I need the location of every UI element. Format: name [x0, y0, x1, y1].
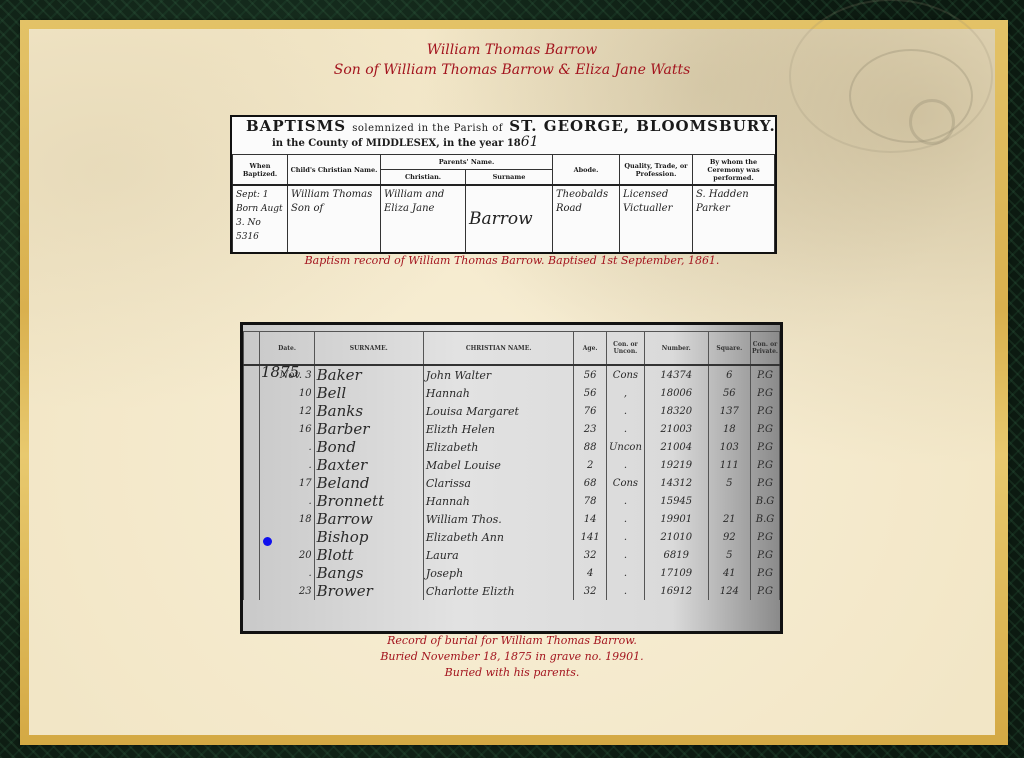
page-title: William Thomas Barrow: [0, 40, 1024, 60]
cell-christian: Charlotte Elizth: [423, 582, 574, 600]
cell-square: 92: [708, 528, 750, 546]
row-margin: [244, 384, 260, 402]
col-child-name: Child's Christian Name.: [288, 155, 381, 186]
burial-table-row: 12BanksLouisa Margaret76.18320137P.G: [244, 402, 780, 420]
burial-table-row: Nov. 3BakerJohn Walter56Cons143746P.G: [244, 365, 780, 384]
cell-con: Uncon: [606, 438, 644, 456]
entry-parents-christian: William and Eliza Jane: [381, 185, 466, 252]
burial-table-row: 23BrowerCharlotte Elizth32.16912124P.G: [244, 582, 780, 600]
cell-square: 21: [708, 510, 750, 528]
cell-number: 21010: [644, 528, 708, 546]
burial-caption-line2: Buried November 18, 1875 in grave no. 19…: [0, 649, 1024, 665]
cell-con: .: [606, 564, 644, 582]
burial-caption-line1: Record of burial for William Thomas Barr…: [0, 633, 1024, 649]
col-age: Age.: [574, 332, 607, 366]
cell-age: 56: [574, 384, 607, 402]
cell-con: .: [606, 456, 644, 474]
cell-christian: Mabel Louise: [423, 456, 574, 474]
cell-date: .: [260, 492, 314, 510]
burial-table-row: .BronnettHannah78.15945B.G: [244, 492, 780, 510]
cell-christian: Louisa Margaret: [423, 402, 574, 420]
cell-private: P.G: [751, 402, 780, 420]
cell-con: .: [606, 546, 644, 564]
cell-number: 19901: [644, 510, 708, 528]
cell-surname: Brower: [314, 582, 423, 600]
cell-private: P.G: [751, 528, 780, 546]
cell-christian: Hannah: [423, 384, 574, 402]
row-margin: [244, 402, 260, 420]
cell-christian: John Walter: [423, 365, 574, 384]
cell-square: 5: [708, 546, 750, 564]
row-margin: [244, 564, 260, 582]
cell-date: .: [260, 564, 314, 582]
row-margin: [244, 438, 260, 456]
cell-age: 4: [574, 564, 607, 582]
year-note: 1875: [261, 363, 299, 381]
cell-number: 19219: [644, 456, 708, 474]
cell-surname: Blott: [314, 546, 423, 564]
col-when-baptized: When Baptized.: [233, 155, 288, 186]
col-date: Date.: [260, 332, 314, 366]
cell-christian: William Thos.: [423, 510, 574, 528]
cell-christian: Elizth Helen: [423, 420, 574, 438]
baptism-record-image: BAPTISMS solemnized in the Parish of ST.…: [230, 115, 777, 254]
cell-surname: Bangs: [314, 564, 423, 582]
burial-table-row: 18BarrowWilliam Thos.14.1990121B.G: [244, 510, 780, 528]
cell-square: 56: [708, 384, 750, 402]
burial-table-row: 16BarberElizth Helen23.2100318P.G: [244, 420, 780, 438]
cell-number: 18006: [644, 384, 708, 402]
cell-age: 32: [574, 582, 607, 600]
col-christian-name: CHRISTIAN NAME.: [423, 332, 574, 366]
cell-number: 21004: [644, 438, 708, 456]
cell-surname: Bishop: [314, 528, 423, 546]
entry-by-whom: S. Hadden Parker: [693, 185, 775, 252]
cell-private: P.G: [751, 456, 780, 474]
cell-date: 17: [260, 474, 314, 492]
burial-caption-line3: Buried with his parents.: [0, 665, 1024, 681]
burial-table-row: 17BelandClarissa68Cons143125P.G: [244, 474, 780, 492]
entry-child: William Thomas Son of: [288, 185, 381, 252]
cell-square: 124: [708, 582, 750, 600]
heading-parish: ST. GEORGE, BLOOMSBURY.: [509, 117, 776, 135]
cell-age: 23: [574, 420, 607, 438]
entry-surname: Barrow: [466, 185, 553, 252]
cell-square: 103: [708, 438, 750, 456]
cell-christian: Clarissa: [423, 474, 574, 492]
cell-date: 18: [260, 510, 314, 528]
cell-surname: Barrow: [314, 510, 423, 528]
burial-table-row: .BangsJoseph4.1710941P.G: [244, 564, 780, 582]
cell-square: [708, 492, 750, 510]
cell-number: 21003: [644, 420, 708, 438]
col-parents-name: Parents' Name.: [381, 155, 553, 170]
baptism-heading-line2: in the County of MIDDLESEX, in the year …: [272, 134, 539, 150]
cell-date: 12: [260, 402, 314, 420]
cell-christian: Elizabeth Ann: [423, 528, 574, 546]
cell-age: 78: [574, 492, 607, 510]
cell-date: 23: [260, 582, 314, 600]
heading-baptisms: BAPTISMS: [246, 117, 346, 135]
heading-solemnized: solemnized in the Parish of: [352, 123, 503, 134]
col-margin: [244, 332, 260, 366]
col-parents-christian: Christian.: [381, 170, 466, 186]
cell-surname: Bell: [314, 384, 423, 402]
cell-christian: Hannah: [423, 492, 574, 510]
col-quality: Quality, Trade, or Profession.: [620, 155, 693, 186]
cell-square: 5: [708, 474, 750, 492]
cell-private: B.G: [751, 492, 780, 510]
cell-age: 56: [574, 365, 607, 384]
cell-con: .: [606, 420, 644, 438]
cell-con: .: [606, 510, 644, 528]
row-margin: [244, 546, 260, 564]
heading-county-label: in the County of: [272, 138, 362, 149]
cell-date: 20: [260, 546, 314, 564]
col-square: Square.: [708, 332, 750, 366]
cell-age: 88: [574, 438, 607, 456]
cell-age: 2: [574, 456, 607, 474]
cell-con: .: [606, 582, 644, 600]
entry-when: Sept: 1 Born Augt 3. No 5316: [233, 185, 288, 252]
cell-number: 17109: [644, 564, 708, 582]
cell-private: P.G: [751, 582, 780, 600]
row-margin: [244, 528, 260, 546]
cell-number: 14312: [644, 474, 708, 492]
row-margin: [244, 510, 260, 528]
burial-record-image: Date. SURNAME. CHRISTIAN NAME. Age. Con.…: [240, 322, 783, 634]
col-parents-surname: Surname: [466, 170, 553, 186]
baptism-table: When Baptized. Child's Christian Name. P…: [232, 154, 775, 252]
cell-age: 68: [574, 474, 607, 492]
highlight-marker-dot: [263, 537, 272, 546]
cell-con: ,: [606, 384, 644, 402]
burial-table: Date. SURNAME. CHRISTIAN NAME. Age. Con.…: [243, 331, 780, 600]
cell-square: 6: [708, 365, 750, 384]
entry-quality: Licensed Victualler: [620, 185, 693, 252]
row-margin: [244, 456, 260, 474]
cell-date: .: [260, 456, 314, 474]
cell-number: 18320: [644, 402, 708, 420]
cell-square: 111: [708, 456, 750, 474]
cell-christian: Elizabeth: [423, 438, 574, 456]
cell-number: 16912: [644, 582, 708, 600]
cell-con: Cons: [606, 474, 644, 492]
cell-date: 10: [260, 384, 314, 402]
page-subtitle: Son of William Thomas Barrow & Eliza Jan…: [0, 60, 1024, 80]
cell-surname: Banks: [314, 402, 423, 420]
col-con-uncon: Con. or Uncon.: [606, 332, 644, 366]
cell-con: .: [606, 528, 644, 546]
cell-surname: Beland: [314, 474, 423, 492]
cell-age: 32: [574, 546, 607, 564]
burial-caption: Record of burial for William Thomas Barr…: [0, 633, 1024, 681]
col-con-private: Con. or Private.: [751, 332, 780, 366]
cell-private: P.G: [751, 384, 780, 402]
row-margin: [244, 582, 260, 600]
cell-christian: Joseph: [423, 564, 574, 582]
row-margin: [244, 365, 260, 384]
cell-private: B.G: [751, 510, 780, 528]
heading-year-handwritten: 61: [521, 134, 539, 150]
row-margin: [244, 492, 260, 510]
cell-private: P.G: [751, 365, 780, 384]
cell-surname: Baxter: [314, 456, 423, 474]
burial-table-row: .BondElizabeth88Uncon21004103P.G: [244, 438, 780, 456]
heading-year-label: , in the year 18: [436, 138, 521, 149]
cell-con: .: [606, 402, 644, 420]
heading-county: MIDDLESEX: [366, 138, 436, 149]
cell-date: .: [260, 438, 314, 456]
cell-age: 14: [574, 510, 607, 528]
burial-table-row: 10BellHannah56,1800656P.G: [244, 384, 780, 402]
cell-christian: Laura: [423, 546, 574, 564]
burial-table-row: 20BlottLaura32.68195P.G: [244, 546, 780, 564]
cell-number: 14374: [644, 365, 708, 384]
entry-abode: Theobalds Road: [553, 185, 620, 252]
baptism-heading-line1: BAPTISMS solemnized in the Parish of ST.…: [246, 117, 776, 135]
page-header: William Thomas Barrow Son of William Tho…: [0, 40, 1024, 80]
cell-private: P.G: [751, 420, 780, 438]
cell-square: 41: [708, 564, 750, 582]
cell-private: P.G: [751, 438, 780, 456]
cell-private: P.G: [751, 564, 780, 582]
cell-surname: Bond: [314, 438, 423, 456]
cell-private: P.G: [751, 474, 780, 492]
row-margin: [244, 474, 260, 492]
baptism-caption: Baptism record of William Thomas Barrow.…: [0, 253, 1024, 269]
col-by-whom: By whom the Ceremony was performed.: [693, 155, 775, 186]
burial-table-row: .BaxterMabel Louise2.19219111P.G: [244, 456, 780, 474]
burial-table-row: BishopElizabeth Ann141.2101092P.G: [244, 528, 780, 546]
col-abode: Abode.: [553, 155, 620, 186]
col-number: Number.: [644, 332, 708, 366]
cell-age: 76: [574, 402, 607, 420]
cell-surname: Baker: [314, 365, 423, 384]
cell-number: 15945: [644, 492, 708, 510]
col-surname: SURNAME.: [314, 332, 423, 366]
cell-date: 16: [260, 420, 314, 438]
cell-surname: Barber: [314, 420, 423, 438]
cell-con: Cons: [606, 365, 644, 384]
cell-number: 6819: [644, 546, 708, 564]
row-margin: [244, 420, 260, 438]
cell-surname: Bronnett: [314, 492, 423, 510]
cell-age: 141: [574, 528, 607, 546]
baptism-entry-row: Sept: 1 Born Augt 3. No 5316 William Tho…: [233, 185, 775, 252]
cell-private: P.G: [751, 546, 780, 564]
cell-square: 137: [708, 402, 750, 420]
cell-con: .: [606, 492, 644, 510]
cell-square: 18: [708, 420, 750, 438]
